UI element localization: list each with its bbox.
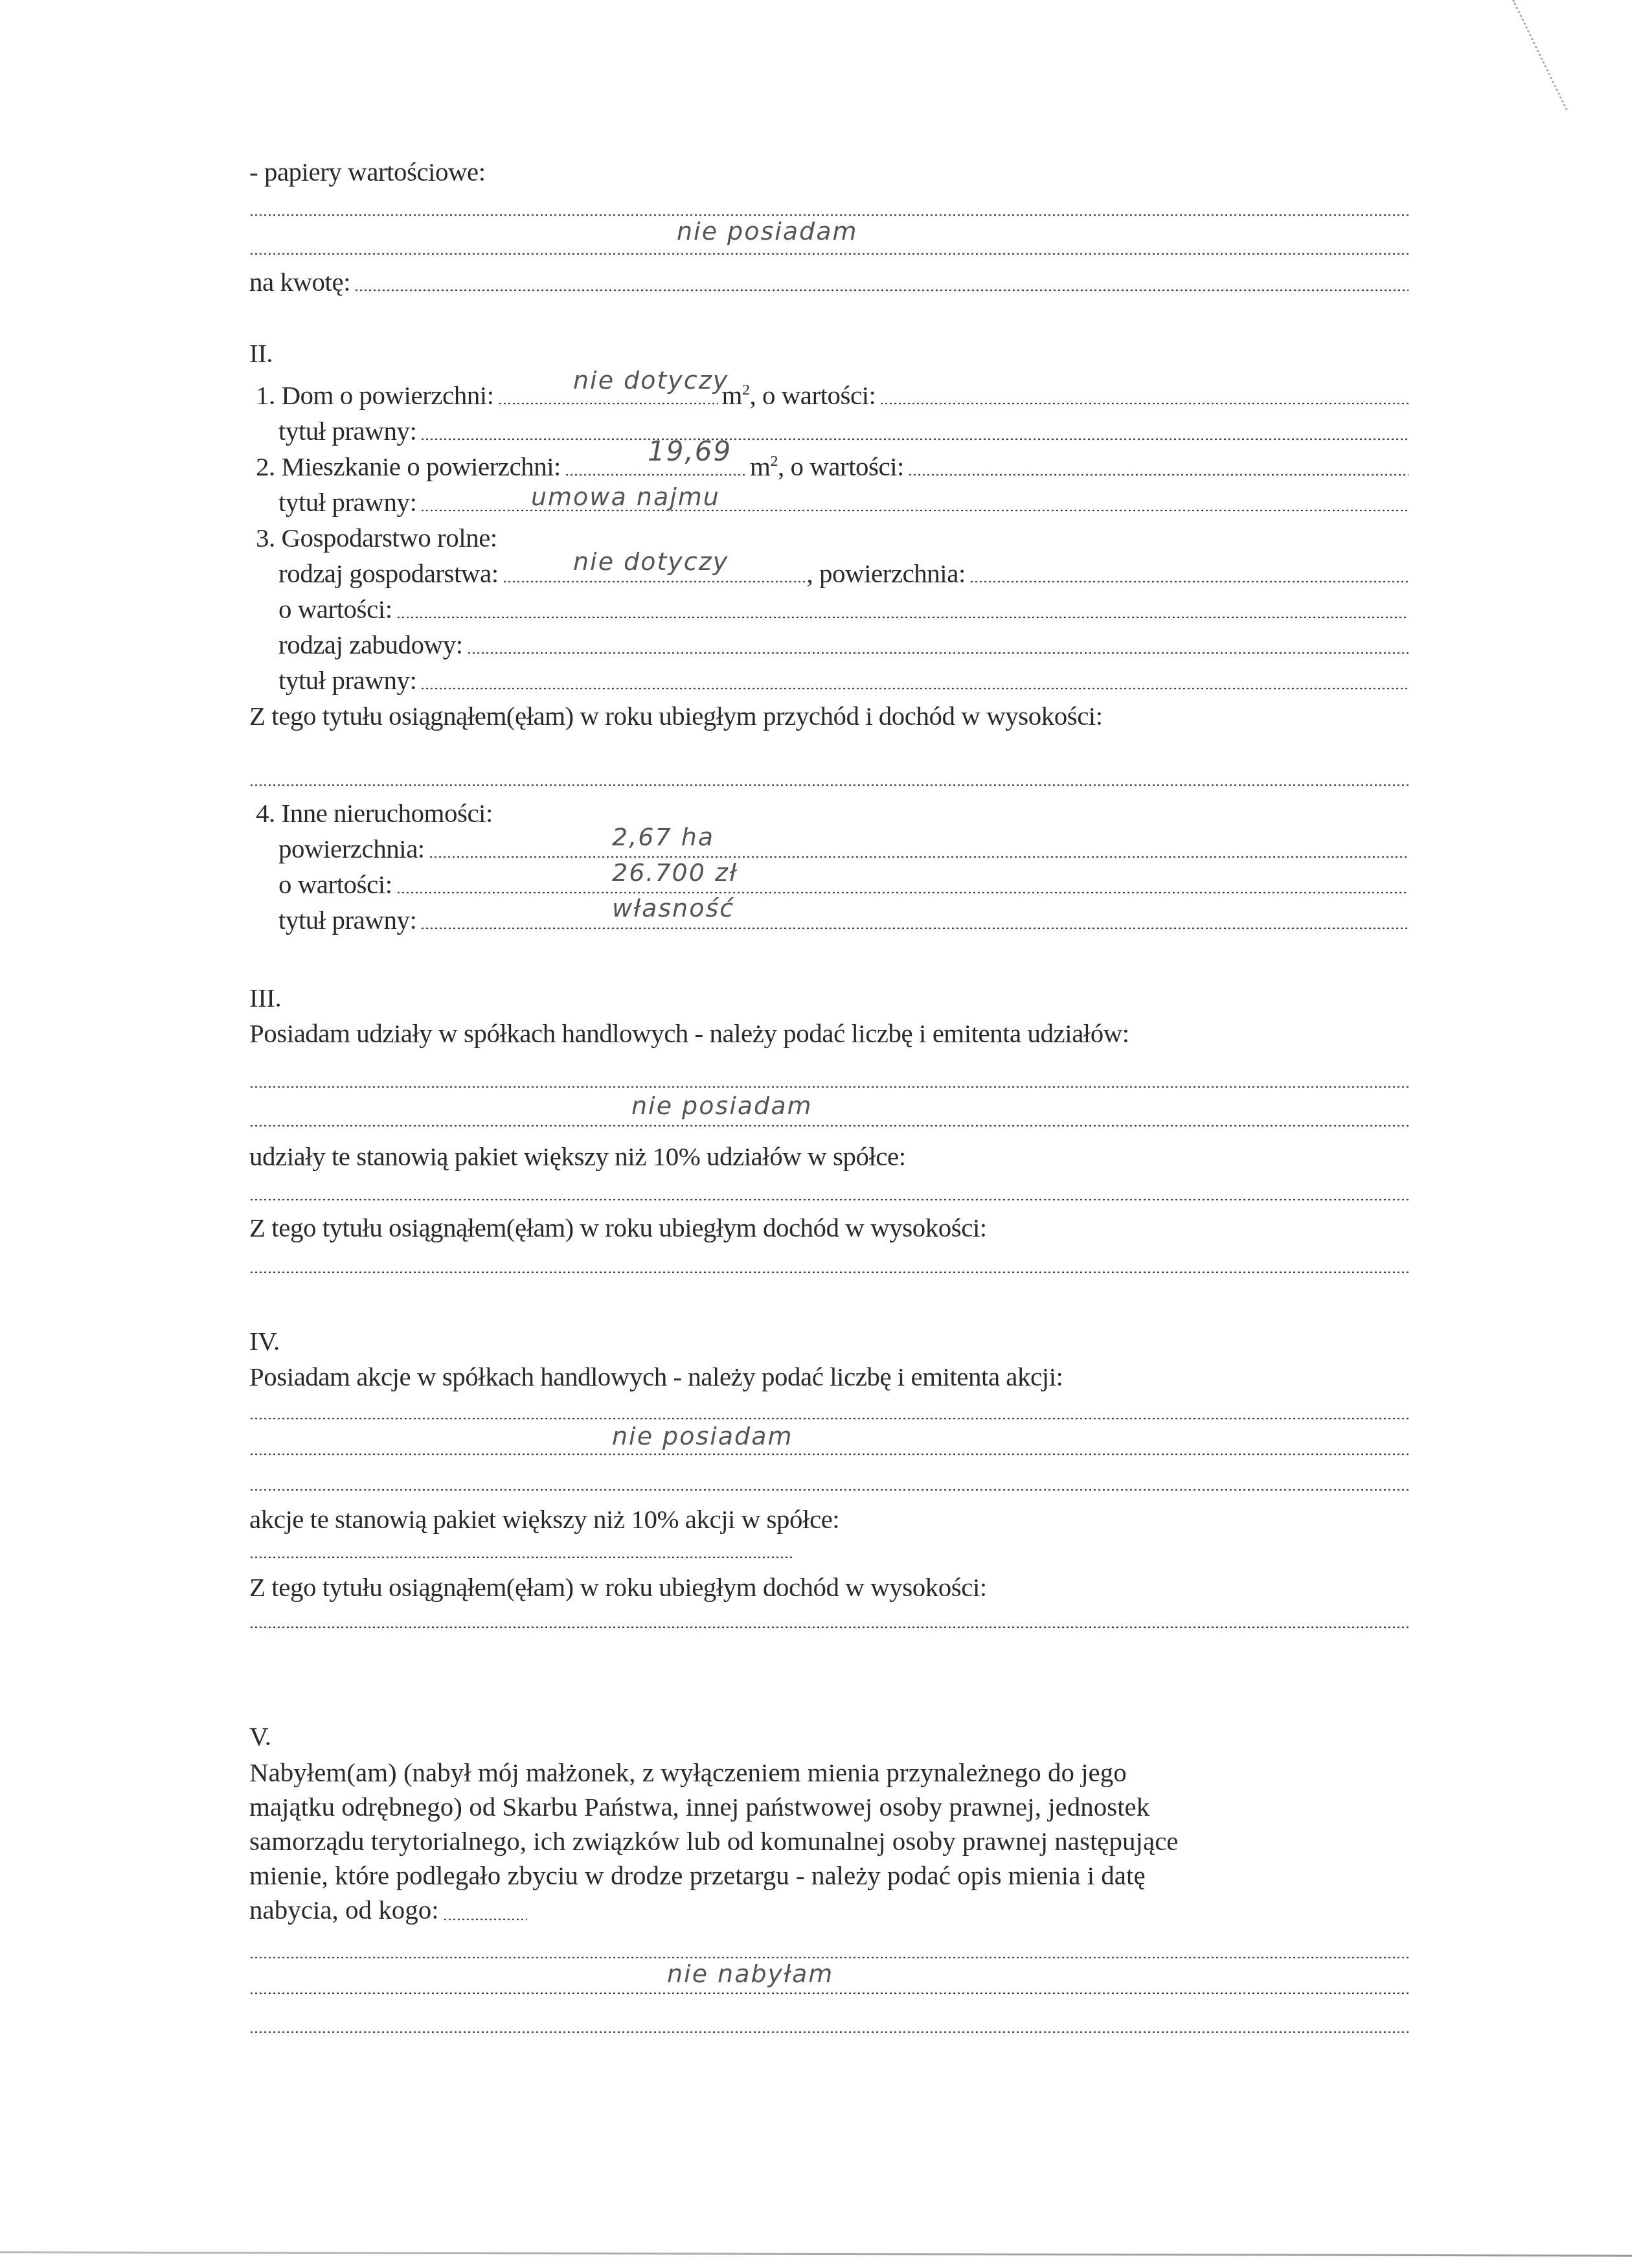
- farm-buildings-label: rodzaj zabudowy:: [278, 628, 463, 661]
- stocks-income-label: Z tego tytułu osiągnąłem(ęłam) w roku ub…: [249, 1571, 1409, 1603]
- farm-title-label: tytuł prawny:: [278, 664, 416, 696]
- shares-field-line-1[interactable]: [249, 1086, 1409, 1088]
- securities-amount-row: na kwotę:: [249, 266, 1409, 298]
- securities-answer: nie posiadam: [677, 217, 858, 246]
- scan-page-edge: [0, 2251, 1632, 2256]
- farm-type-answer: nie dotyczy: [573, 547, 729, 576]
- paragraph-line: samorządu terytorialnego, ich związków l…: [249, 1824, 1409, 1858]
- house-title-label: tytuł prawny:: [278, 415, 416, 447]
- other-area-label: powierzchnia:: [278, 832, 425, 865]
- farm-income-field[interactable]: [249, 784, 1409, 786]
- apartment-label: 2. Mieszkanie o powierzchni:: [256, 450, 561, 483]
- apartment-title-answer: umowa najmu: [531, 483, 720, 511]
- other-title-label: tytuł prawny:: [278, 904, 416, 936]
- apartment-unit: m2: [750, 450, 778, 483]
- shares-field-line-2[interactable]: [249, 1125, 1409, 1127]
- stocks-income-field[interactable]: [249, 1626, 1409, 1629]
- farm-area-field[interactable]: [969, 580, 1409, 583]
- farm-value-field[interactable]: [396, 616, 1409, 619]
- stocks-package-field[interactable]: [249, 1556, 793, 1559]
- section-5-heading: V.: [249, 1720, 1409, 1752]
- shares-income-label: Z tego tytułu osiągnąłem(ęłam) w roku ub…: [249, 1211, 1409, 1244]
- house-label: 1. Dom o powierzchni:: [256, 379, 494, 411]
- farm-type-row: rodzaj gospodarstwa: , powierzchnia:: [278, 557, 1409, 589]
- house-row: 1. Dom o powierzchni: m2 , o wartości:: [256, 379, 1409, 411]
- scan-artifact: [1512, 0, 1620, 110]
- acquisition-field-line-1[interactable]: [249, 1956, 1409, 1959]
- house-area-field[interactable]: [498, 402, 718, 405]
- section-4-heading: IV.: [249, 1325, 1409, 1357]
- apartment-area-field[interactable]: [565, 474, 746, 476]
- apartment-area-answer: 19,69: [648, 435, 732, 467]
- paragraph-line: mienie, które podlegało zbyciu w drodze …: [249, 1858, 1409, 1893]
- house-title-field[interactable]: [420, 438, 1409, 440]
- shares-label: Posiadam udziały w spółkach handlowych -…: [249, 1017, 1409, 1049]
- shares-income-field[interactable]: [249, 1271, 1409, 1274]
- section-2-heading: II.: [249, 337, 1409, 369]
- other-value-field[interactable]: [396, 891, 1409, 894]
- other-title-field[interactable]: [420, 927, 1409, 930]
- farm-income-label: Z tego tytułu osiągnąłem(ęłam) w roku ub…: [249, 700, 1409, 732]
- apartment-value-label: , o wartości:: [778, 450, 904, 483]
- other-area-row: powierzchnia:: [278, 832, 1409, 865]
- shares-answer: nie posiadam: [631, 1092, 813, 1120]
- farm-type-field[interactable]: [503, 580, 807, 583]
- acquisition-source-field[interactable]: [443, 1918, 527, 1921]
- paragraph-line: majątku odrębnego) od Skarbu Państwa, in…: [249, 1790, 1409, 1824]
- securities-label: - papiery wartościowe:: [249, 155, 1409, 188]
- acquisition-paragraph: Nabyłem(am) (nabył mój małżonek, z wyłąc…: [249, 1755, 1409, 1927]
- securities-field-line-2[interactable]: [249, 253, 1409, 255]
- stocks-label: Posiadam akcje w spółkach handlowych - n…: [249, 1360, 1409, 1393]
- stocks-answer: nie posiadam: [612, 1422, 793, 1450]
- other-value-row: o wartości:: [278, 868, 1409, 900]
- stocks-field-line-3[interactable]: [249, 1489, 1409, 1491]
- shares-package-label: udziały te stanowią pakiet większy niż 1…: [249, 1140, 1409, 1172]
- declaration-page: - papiery wartościowe: nie posiadam na k…: [0, 0, 1652, 2264]
- stocks-field-line-2[interactable]: [249, 1453, 1409, 1456]
- house-value-field[interactable]: [879, 402, 1409, 405]
- house-title-row: tytuł prawny:: [278, 415, 1409, 447]
- stocks-field-line-1[interactable]: [249, 1417, 1409, 1420]
- apartment-row: 2. Mieszkanie o powierzchni: m2 , o wart…: [256, 450, 1409, 483]
- other-title-answer: własność: [612, 894, 734, 922]
- shares-package-field[interactable]: [249, 1198, 1409, 1201]
- other-area-answer: 2,67 ha: [612, 823, 714, 851]
- farm-buildings-field[interactable]: [467, 652, 1409, 654]
- stocks-package-label: akcje te stanowią pakiet większy niż 10%…: [249, 1503, 1409, 1535]
- house-area-answer: nie dotyczy: [573, 366, 729, 394]
- other-value-label: o wartości:: [278, 868, 392, 900]
- acquisition-answer: nie nabyłam: [667, 1960, 833, 1988]
- acquisition-field-line-3[interactable]: [249, 2031, 1409, 2033]
- other-area-field[interactable]: [429, 856, 1409, 858]
- amount-label: na kwotę:: [249, 266, 350, 298]
- farm-title-field[interactable]: [420, 687, 1409, 690]
- paragraph-line: Nabyłem(am) (nabył mój małżonek, z wyłąc…: [249, 1755, 1409, 1790]
- farm-area-label: , powierzchnia:: [807, 557, 966, 589]
- farm-title-row: tytuł prawny:: [278, 664, 1409, 696]
- paragraph-last-row: nabycia, od kogo:: [249, 1893, 1409, 1927]
- amount-field[interactable]: [354, 289, 1409, 292]
- farm-value-label: o wartości:: [278, 593, 392, 625]
- section-3-heading: III.: [249, 981, 1409, 1014]
- farm-value-row: o wartości:: [278, 593, 1409, 625]
- apartment-value-field[interactable]: [908, 474, 1409, 476]
- securities-field-line-1[interactable]: [249, 214, 1409, 216]
- farm-label: 3. Gospodarstwo rolne:: [256, 521, 1415, 554]
- paragraph-line: nabycia, od kogo:: [249, 1893, 439, 1927]
- other-property-label: 4. Inne nieruchomości:: [256, 797, 1415, 829]
- acquisition-field-line-2[interactable]: [249, 1992, 1409, 1995]
- farm-buildings-row: rodzaj zabudowy:: [278, 628, 1409, 661]
- farm-type-label: rodzaj gospodarstwa:: [278, 557, 499, 589]
- apartment-title-label: tytuł prawny:: [278, 486, 416, 518]
- other-title-row: tytuł prawny:: [278, 904, 1409, 936]
- house-value-label: , o wartości:: [749, 379, 876, 411]
- other-value-answer: 26.700 zł: [612, 858, 738, 887]
- apartment-title-row: tytuł prawny:: [278, 486, 1409, 518]
